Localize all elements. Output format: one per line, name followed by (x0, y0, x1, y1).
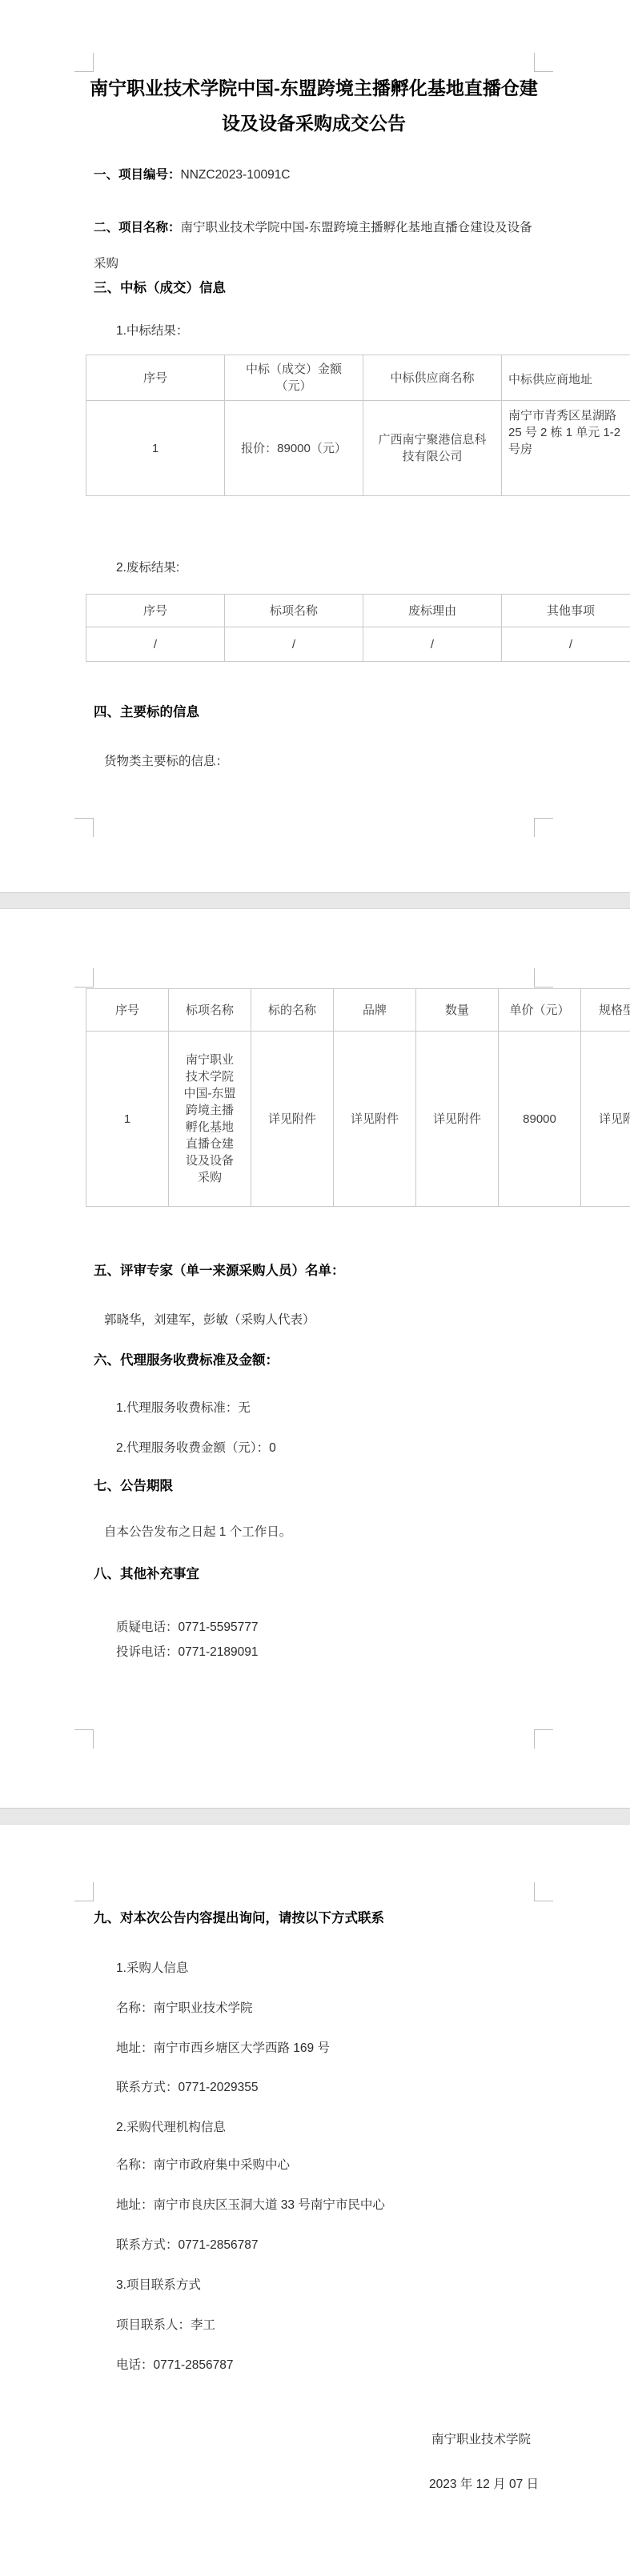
complaint-phone: 投诉电话：0771-2189091 (116, 1640, 539, 1665)
project-number-line: 一、项目编号：NNZC2023-10091C (94, 157, 539, 193)
column-header: 中标（成交）金额（元） (225, 355, 363, 401)
corner-mark-icon (534, 968, 553, 988)
column-header: 序号 (86, 989, 169, 1032)
corner-mark-icon (74, 1882, 94, 1901)
page-separator (0, 1808, 630, 1825)
invalid-result-table: 序号 标项名称 废标理由 其他事项 / / / / (86, 594, 630, 662)
cell-quantity: 详见附件 (416, 1032, 499, 1207)
agency-phone: 联系方式：0771-2856787 (116, 2236, 539, 2255)
column-header: 单价（元） (499, 989, 581, 1032)
cell-brand: 详见附件 (334, 1032, 416, 1207)
invalid-result-label: 2.废标结果: (116, 559, 539, 578)
project-number-label: 一、项目编号： (94, 168, 181, 182)
column-header: 中标供应商名称 (363, 355, 502, 401)
table-row: 1 报价：89000（元） 广西南宁聚港信息科技有限公司 南宁市青秀区星湖路 2… (86, 401, 630, 496)
document-viewer: 南宁职业技术学院中国-东盟跨境主播孵化基地直播仓建设及设备采购成交公告 一、项目… (0, 0, 630, 2576)
project-contact-label: 3.项目联系方式 (116, 2276, 539, 2295)
section-9-heading: 九、对本次公告内容提出询问，请按以下方式联系 (94, 1909, 539, 1928)
page-separator (0, 892, 630, 909)
goods-info-label: 货物类主要标的信息： (104, 752, 527, 771)
corner-mark-icon (534, 818, 553, 837)
table-header-row: 序号 标项名称 废标理由 其他事项 (86, 595, 630, 627)
column-header: 序号 (86, 355, 225, 401)
table-row: / / / / (86, 627, 630, 662)
cell: / (502, 627, 630, 662)
signature-org: 南宁职业技术学院 (94, 2430, 539, 2447)
cell: / (363, 627, 502, 662)
column-header: 其他事项 (502, 595, 630, 627)
section-3-heading: 三、中标（成交）信息 (94, 278, 539, 298)
cell-amount: 报价：89000（元） (225, 401, 363, 496)
project-name-label: 二、项目名称： (94, 221, 181, 234)
project-number-value: NNZC2023-10091C (181, 168, 291, 182)
signature-date: 2023 年 12 月 07 日 (94, 2474, 539, 2492)
cell: / (225, 627, 363, 662)
corner-mark-icon (74, 818, 94, 837)
page-3: 九、对本次公告内容提出询问，请按以下方式联系 1.采购人信息 名称：南宁职业技术… (0, 1825, 630, 2576)
agency-fee-standard: 1.代理服务收费标准：无 (116, 1399, 539, 1418)
purchaser-address: 地址：南宁市西乡塘区大学西路 169 号 (116, 2039, 539, 2058)
column-header: 废标理由 (363, 595, 502, 627)
cell-address: 南宁市青秀区星湖路 25 号 2 栋 1 单元 1-2 号房 (502, 401, 630, 496)
column-header: 标项名称 (169, 989, 251, 1032)
award-result-table: 序号 中标（成交）金额（元） 中标供应商名称 中标供应商地址 1 报价：8900… (86, 355, 630, 496)
section-6-heading: 六、代理服务收费标准及金额： (94, 1351, 539, 1370)
project-name-line: 二、项目名称：南宁职业技术学院中国-东盟跨境主播孵化基地直播仓建设及设备采购 (94, 210, 539, 282)
column-header: 序号 (86, 595, 225, 627)
table-row: 1 南宁职业技术学院中国-东盟跨境主播孵化基地直播仓建设及设备采购 详见附件 详… (86, 1032, 630, 1207)
table-header-row: 序号 中标（成交）金额（元） 中标供应商名称 中标供应商地址 (86, 355, 630, 401)
column-header: 规格型号 (581, 989, 630, 1032)
agency-fee-amount: 2.代理服务收费金额（元）：0 (116, 1439, 539, 1458)
corner-mark-icon (534, 1729, 553, 1749)
corner-mark-icon (74, 1729, 94, 1749)
purchaser-label: 1.采购人信息 (116, 1959, 539, 1978)
cell-subject-name: 详见附件 (251, 1032, 334, 1207)
query-phone: 质疑电话：0771-5595777 (116, 1615, 539, 1640)
page-1: 南宁职业技术学院中国-东盟跨境主播孵化基地直播仓建设及设备采购成交公告 一、项目… (0, 0, 630, 892)
agency-address: 地址：南宁市良庆区玉洞大道 33 号南宁市民中心 (116, 2196, 539, 2215)
section-4-heading: 四、主要标的信息 (94, 703, 539, 722)
column-header: 标的名称 (251, 989, 334, 1032)
section-7-heading: 七、公告期限 (94, 1476, 539, 1496)
corner-mark-icon (74, 968, 94, 988)
column-header: 中标供应商地址 (502, 355, 630, 401)
cell-unit-price: 89000 (499, 1032, 581, 1207)
page-2: 序号 标项名称 标的名称 品牌 数量 单价（元） 规格型号 1 南宁职业技术学院… (0, 909, 630, 1808)
cell-seq: 1 (86, 401, 225, 496)
document-title: 南宁职业技术学院中国-东盟跨境主播孵化基地直播仓建设及设备采购成交公告 (86, 70, 542, 141)
cell-supplier: 广西南宁聚港信息科技有限公司 (363, 401, 502, 496)
section-5-heading: 五、评审专家（单一来源采购人员）名单： (94, 1261, 539, 1280)
goods-table: 序号 标项名称 标的名称 品牌 数量 单价（元） 规格型号 1 南宁职业技术学院… (86, 988, 630, 1207)
section-8-heading: 八、其他补充事宜 (94, 1564, 539, 1584)
column-header: 数量 (416, 989, 499, 1032)
cell: / (86, 627, 225, 662)
award-result-label: 1.中标结果： (116, 322, 539, 341)
corner-mark-icon (74, 53, 94, 72)
project-contact-person: 项目联系人：李工 (116, 2316, 539, 2335)
agency-name: 名称：南宁市政府集中采购中心 (116, 2156, 539, 2175)
project-contact-phone: 电话：0771-2856787 (116, 2356, 539, 2375)
column-header: 标项名称 (225, 595, 363, 627)
cell-seq: 1 (86, 1032, 169, 1207)
experts-names: 郭晓华，刘建军，彭敏（采购人代表） (104, 1311, 527, 1330)
corner-mark-icon (534, 53, 553, 72)
agency-label: 2.采购代理机构信息 (116, 2118, 539, 2137)
purchaser-phone: 联系方式：0771-2029355 (116, 2078, 539, 2097)
notice-period-text: 自本公告发布之日起 1 个工作日。 (104, 1523, 527, 1542)
corner-mark-icon (534, 1882, 553, 1901)
cell-item-name: 南宁职业技术学院中国-东盟跨境主播孵化基地直播仓建设及设备采购 (169, 1032, 251, 1207)
table-header-row: 序号 标项名称 标的名称 品牌 数量 单价（元） 规格型号 (86, 989, 630, 1032)
purchaser-name: 名称：南宁职业技术学院 (116, 1999, 539, 2018)
column-header: 品牌 (334, 989, 416, 1032)
cell-spec: 详见附件 (581, 1032, 630, 1207)
